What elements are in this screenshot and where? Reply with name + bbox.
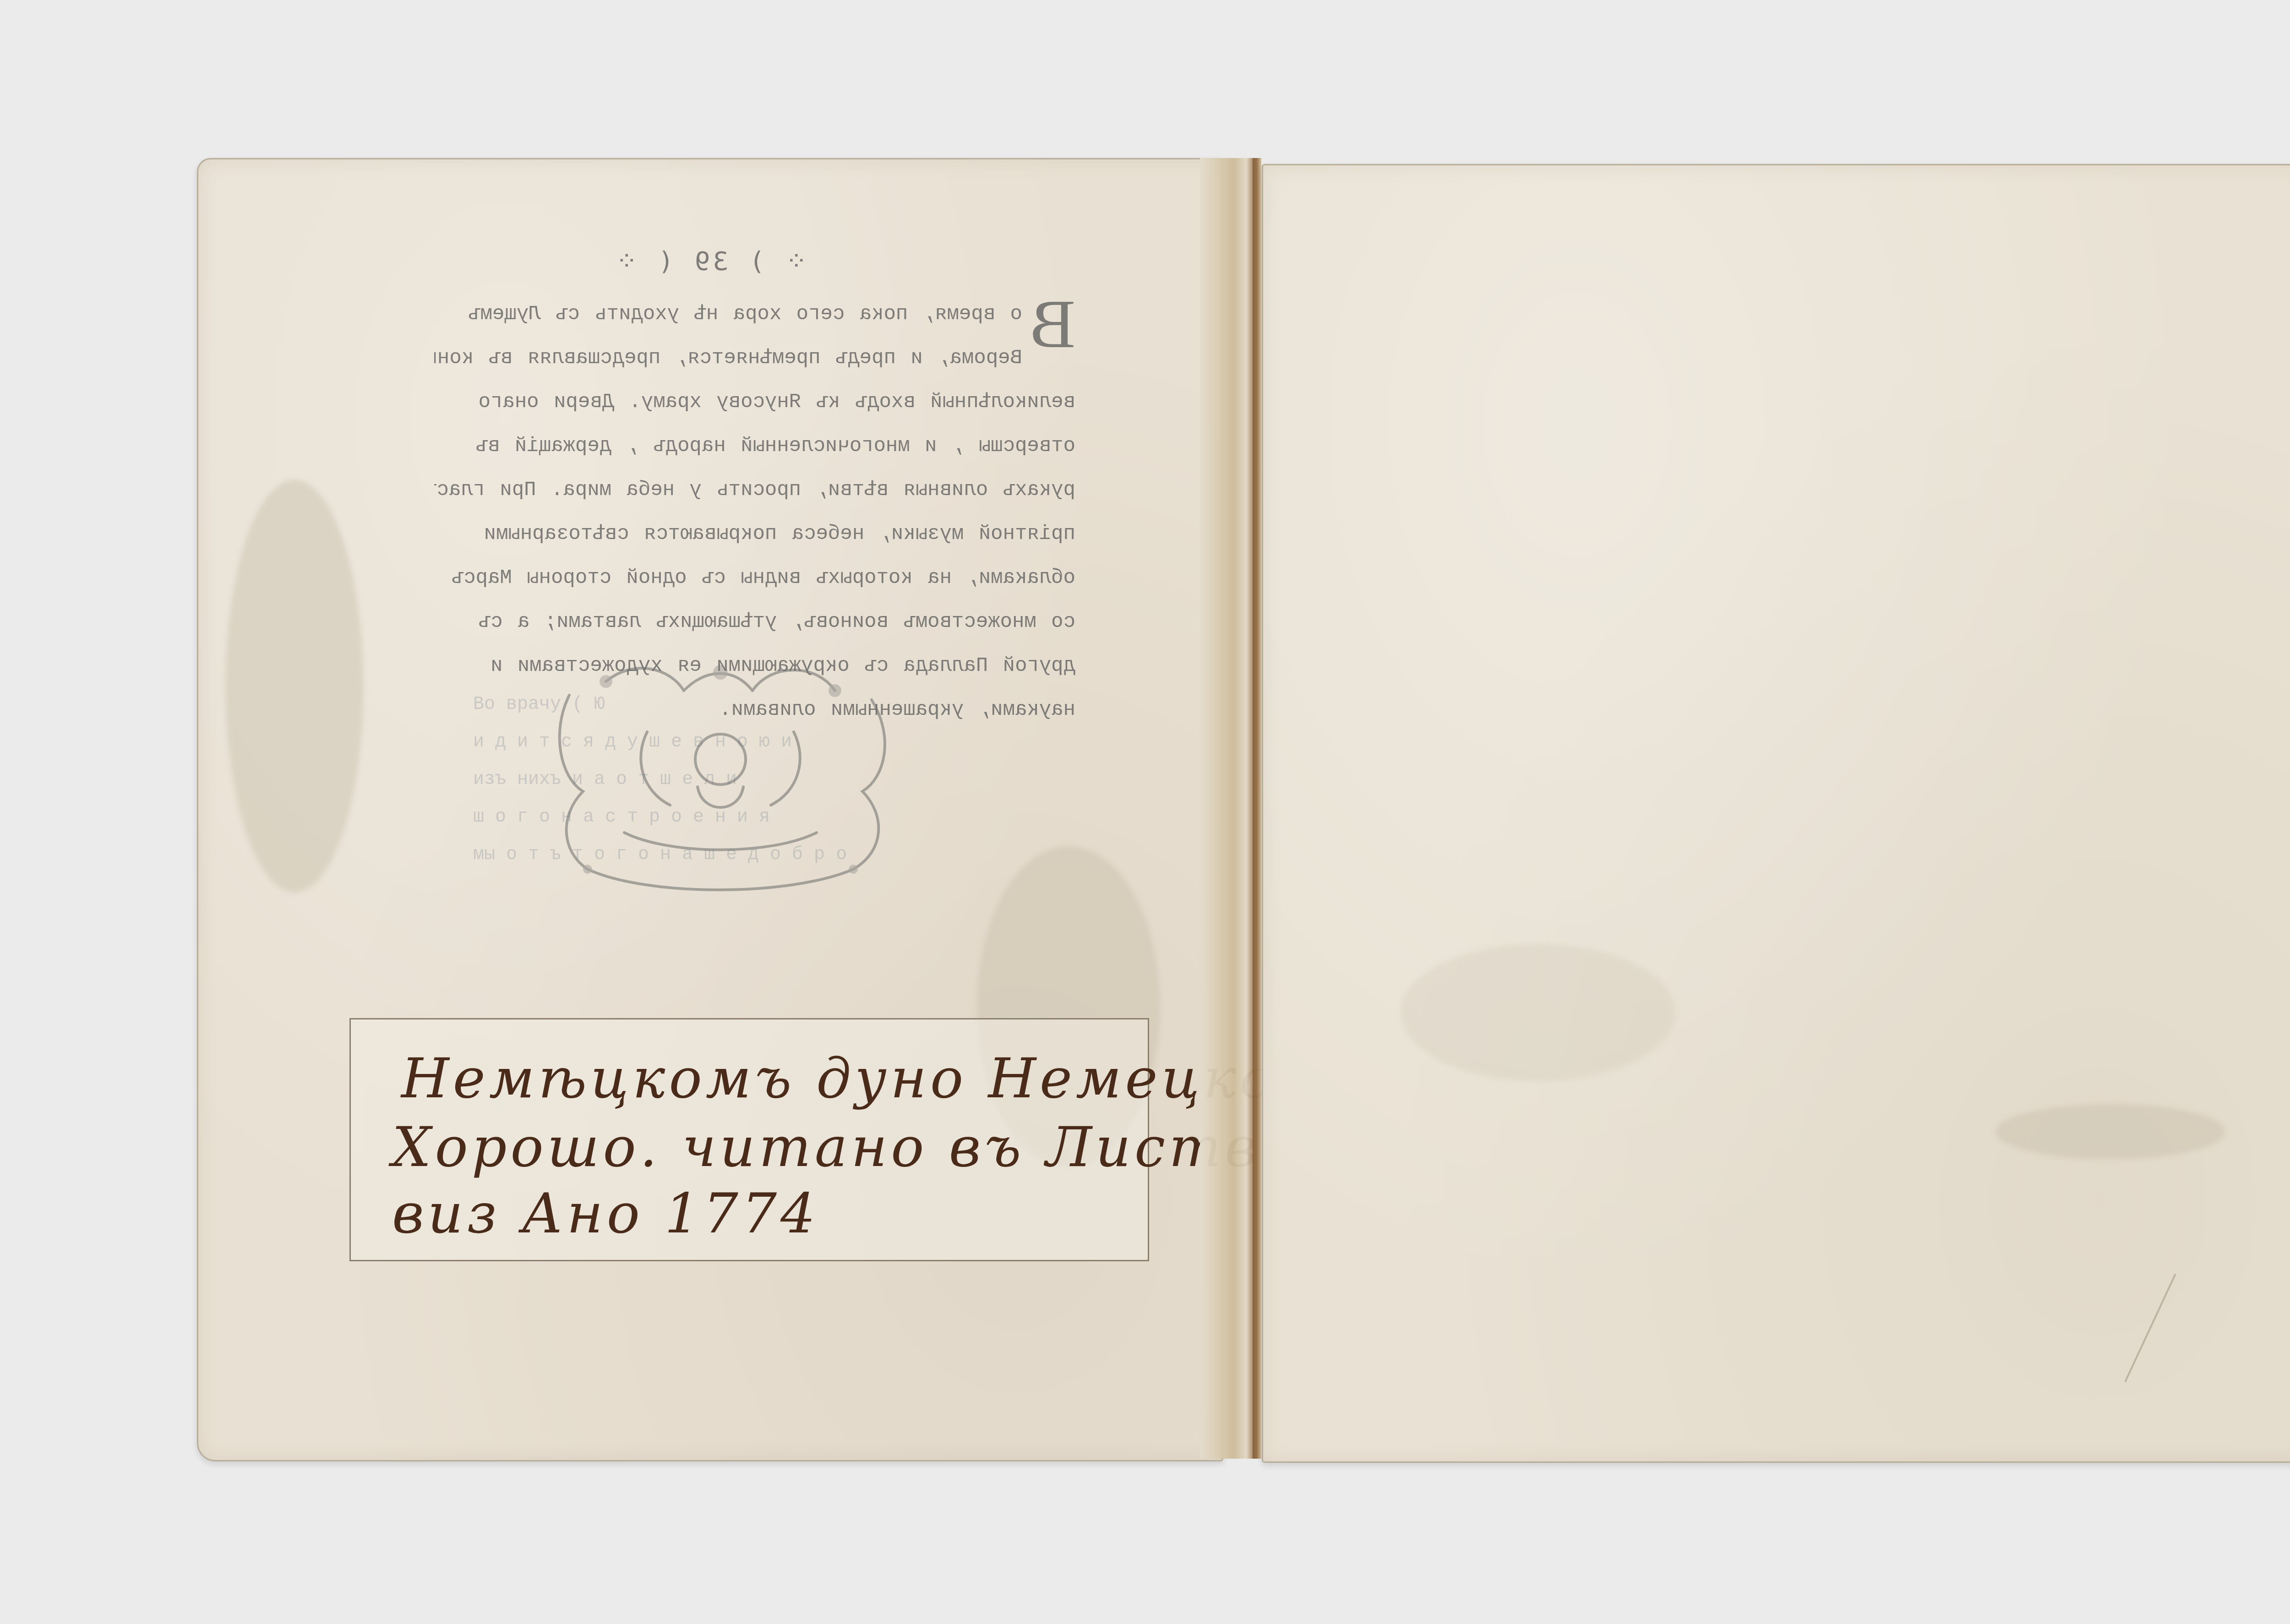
paper-stain — [1996, 1104, 2225, 1159]
handwritten-line: Немѣцкомъ дуно Немецко — [401, 1047, 1276, 1111]
text-line: великолѣпный входъ къ Янусову храму. Две… — [434, 380, 1075, 424]
drop-cap: В — [1030, 292, 1075, 356]
open-book: ⁘ ) 39 ( ⁘ В о время, пока сего хора нѣ … — [0, 0, 2290, 1624]
text-line: Верома, и предъ премѣняется, предсшавляя… — [434, 336, 1022, 380]
gutter-shadow — [1253, 158, 1261, 1459]
handwritten-line: виз Ано 1774 — [392, 1182, 819, 1246]
running-head: ⁘ ) 39 ( ⁘ — [198, 246, 1222, 276]
text-line: пріятной музыки, небеса покрываются свѣт… — [434, 512, 1075, 556]
handwritten-line: Хорошо. читано въ Листвій — [392, 1116, 1321, 1179]
left-page: ⁘ ) 39 ( ⁘ В о время, пока сего хора нѣ … — [197, 158, 1223, 1461]
handwritten-label: Немѣцкомъ дуно Немецко Хорошо. читано въ… — [349, 1018, 1149, 1261]
paper-crease — [2124, 1274, 2176, 1382]
text-line: отверсшы , и многочисленный народъ , дер… — [434, 424, 1075, 468]
text-line: о время, пока сего хора нѣ уходить съ Лу… — [434, 292, 1022, 336]
right-page — [1262, 164, 2290, 1463]
ornament-vignette-icon — [533, 640, 908, 906]
text-line: облаками, на которыхъ видны съ одной сто… — [434, 556, 1075, 600]
text-line: рукахъ оливныя вѣтви, просить у неба мир… — [434, 468, 1075, 512]
paper-stain — [1401, 944, 1675, 1081]
text-line: со множествомъ воиновъ, утѣшающихъ лавта… — [434, 600, 1075, 644]
